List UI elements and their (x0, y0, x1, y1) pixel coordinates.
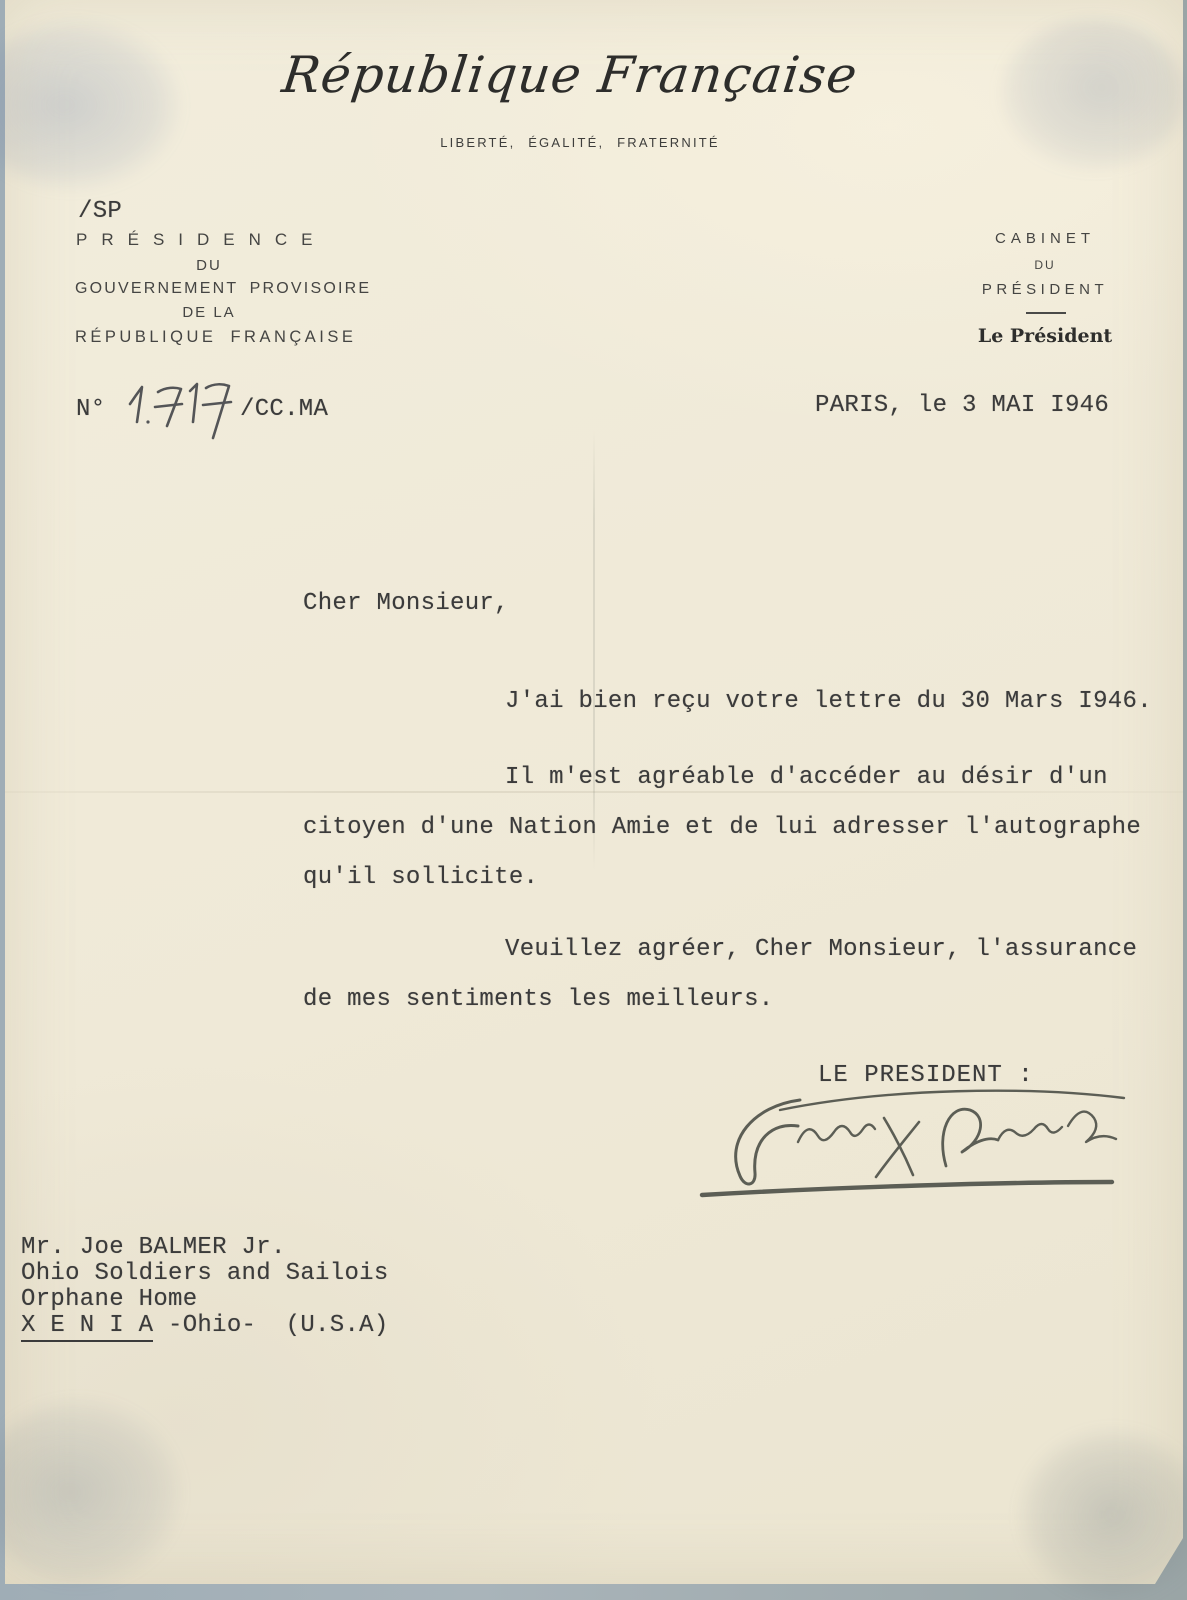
cabinet-signatory-title: Le Président (955, 325, 1135, 347)
scanned-letter-photo: { "colors": { "paper": "#f0ead8", "photo… (0, 0, 1187, 1600)
reference-label: N° (76, 398, 105, 422)
recipient-city-line: X E N I A -Ohio- (U.S.A) (21, 1314, 389, 1338)
office-line-du: DU (75, 258, 343, 273)
recipient-org-2: Orphane Home (21, 1288, 389, 1312)
body-line: de mes sentiments les meilleurs. (303, 988, 773, 1012)
dateline: PARIS, le 3 MAI I946 (815, 394, 1109, 418)
body-line: citoyen d'une Nation Amie et de lui adre… (303, 816, 1141, 840)
salutation: Cher Monsieur, (303, 592, 509, 616)
office-line-presidence: PRÉSIDENCE (76, 231, 327, 248)
recipient-org: Ohio Soldiers and Sailois (21, 1262, 389, 1286)
office-line-de-la: DE LA (75, 305, 343, 320)
cabinet-line-du: DU (955, 259, 1135, 271)
horizontal-fold-crease (5, 791, 1183, 793)
body-line: Veuillez agréer, Cher Monsieur, l'assura… (505, 938, 1137, 962)
body-line: Il m'est agréable d'accéder au désir d'u… (505, 766, 1108, 790)
vertical-fold-crease (593, 430, 595, 870)
recipient-city-suffix: -Ohio- (U.S.A) (153, 1312, 388, 1339)
letterhead-title: République Française (266, 46, 873, 104)
cabinet-divider-rule (1026, 312, 1066, 314)
handwritten-reference-number (118, 372, 258, 450)
office-line-gouvernement: GOUVERNEMENT PROVISOIRE (75, 281, 371, 297)
recipient-name: Mr. Joe BALMER Jr. (21, 1236, 389, 1260)
recipient-city: X E N I A (21, 1312, 153, 1342)
body-line: qu'il sollicite. (303, 866, 538, 890)
reference-suffix: /CC.MA (240, 398, 328, 422)
cabinet-line-cabinet: CABINET (955, 231, 1135, 246)
letterhead-motto: LIBERTÉ, ÉGALITÉ, FRATERNITÉ (330, 136, 830, 149)
office-ref-code: /SP (78, 200, 122, 224)
body-line: J'ai bien reçu votre lettre du 30 Mars I… (505, 690, 1152, 714)
recipient-address-block: Mr. Joe BALMER Jr. Ohio Soldiers and Sai… (21, 1236, 389, 1340)
president-signature (688, 1078, 1133, 1206)
cabinet-line-president: PRÉSIDENT (955, 282, 1135, 297)
office-line-republique: RÉPUBLIQUE FRANÇAISE (75, 329, 356, 346)
